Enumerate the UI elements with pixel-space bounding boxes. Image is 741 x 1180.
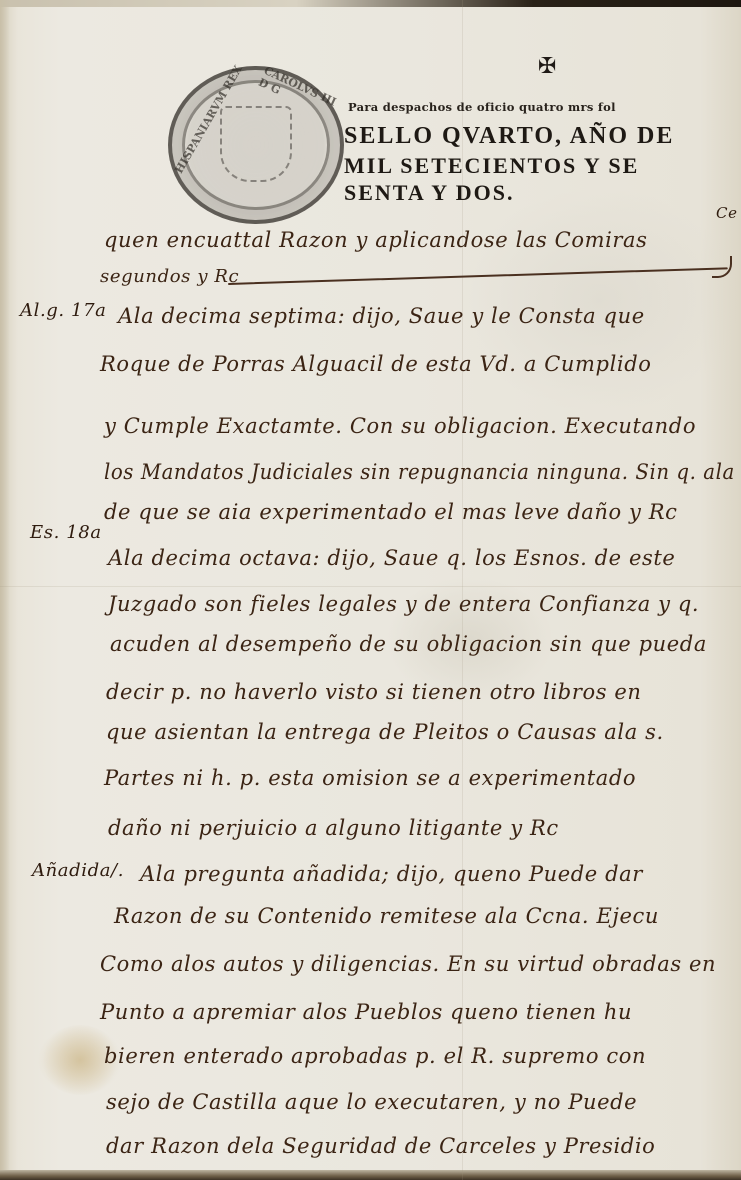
- text-line: de que se aia experimentado el mas leve …: [104, 500, 678, 524]
- text-line: Razon de su Contenido remitese ala Ccna.…: [114, 904, 659, 928]
- margin-note-added-question: Añadida/.: [32, 860, 124, 881]
- stamp-fee-line: Para despachos de oficio quatro mrs fol: [348, 100, 616, 114]
- margin-note-q18: Es. 18a: [30, 522, 102, 543]
- text-line: sejo de Castilla aque lo executaren, y n…: [106, 1090, 637, 1114]
- manuscript-page: CAROLVS III D G HISPANIARVM REX ✠ Para d…: [0, 0, 741, 1180]
- fold-line: [0, 586, 741, 587]
- stamp-title-line-2: MIL SETECIENTOS Y SE: [344, 153, 639, 179]
- text-line: daño ni perjuicio a alguno litigante y R…: [108, 816, 559, 840]
- paper-top-edge: [0, 0, 741, 7]
- seal-legend: CAROLVS III D G HISPANIARVM REX: [172, 70, 340, 220]
- margin-note-top-right: Ce: [716, 204, 738, 222]
- paper-left-edge: [0, 0, 10, 1180]
- text-line: Partes ni h. p. esta omision se a experi…: [104, 766, 636, 790]
- text-line: acuden al desempeño de su obligacion sin…: [110, 632, 707, 656]
- stamp-title-line-3: SENTA Y DOS.: [344, 180, 515, 206]
- text-line: bieren enterado aprobadas p. el R. supre…: [104, 1044, 646, 1068]
- stamp-title-line-1: SELLO QVARTO, AÑO DE: [344, 123, 674, 150]
- text-line: Como alos autos y diligencias. En su vir…: [100, 952, 716, 976]
- text-line: quen encuattal Razon y aplicandose las C…: [104, 228, 648, 252]
- text-line: decir p. no haverlo visto si tienen otro…: [106, 680, 642, 704]
- text-line: Punto a apremiar alos Pueblos queno tien…: [100, 1000, 632, 1024]
- paper-bottom-edge: [0, 1170, 741, 1180]
- text-line: Roque de Porras Alguacil de esta Vd. a C…: [100, 352, 652, 376]
- cross-icon: ✠: [538, 54, 556, 79]
- section-divider-rule: [228, 267, 728, 285]
- royal-seal-stamp: CAROLVS III D G HISPANIARVM REX: [168, 66, 344, 224]
- text-line: Ala pregunta añadida; dijo, queno Puede …: [140, 862, 643, 886]
- text-line: Ala decima septima: dijo, Saue y le Cons…: [118, 304, 645, 328]
- text-line: Ala decima octava: dijo, Saue q. los Esn…: [108, 546, 675, 570]
- text-line: los Mandatos Judiciales sin repugnancia …: [104, 460, 735, 484]
- text-line: Juzgado son fieles legales y de entera C…: [108, 592, 699, 616]
- text-line: dar Razon dela Seguridad de Carceles y P…: [106, 1134, 655, 1158]
- margin-note-q17: Al.g. 17a: [20, 300, 106, 321]
- section-divider-flourish: [712, 256, 732, 278]
- text-line: que asientan la entrega de Pleitos o Cau…: [106, 720, 664, 744]
- text-line: segundos y Rc: [100, 266, 239, 287]
- text-line: y Cumple Exactamte. Con su obligacion. E…: [104, 414, 696, 438]
